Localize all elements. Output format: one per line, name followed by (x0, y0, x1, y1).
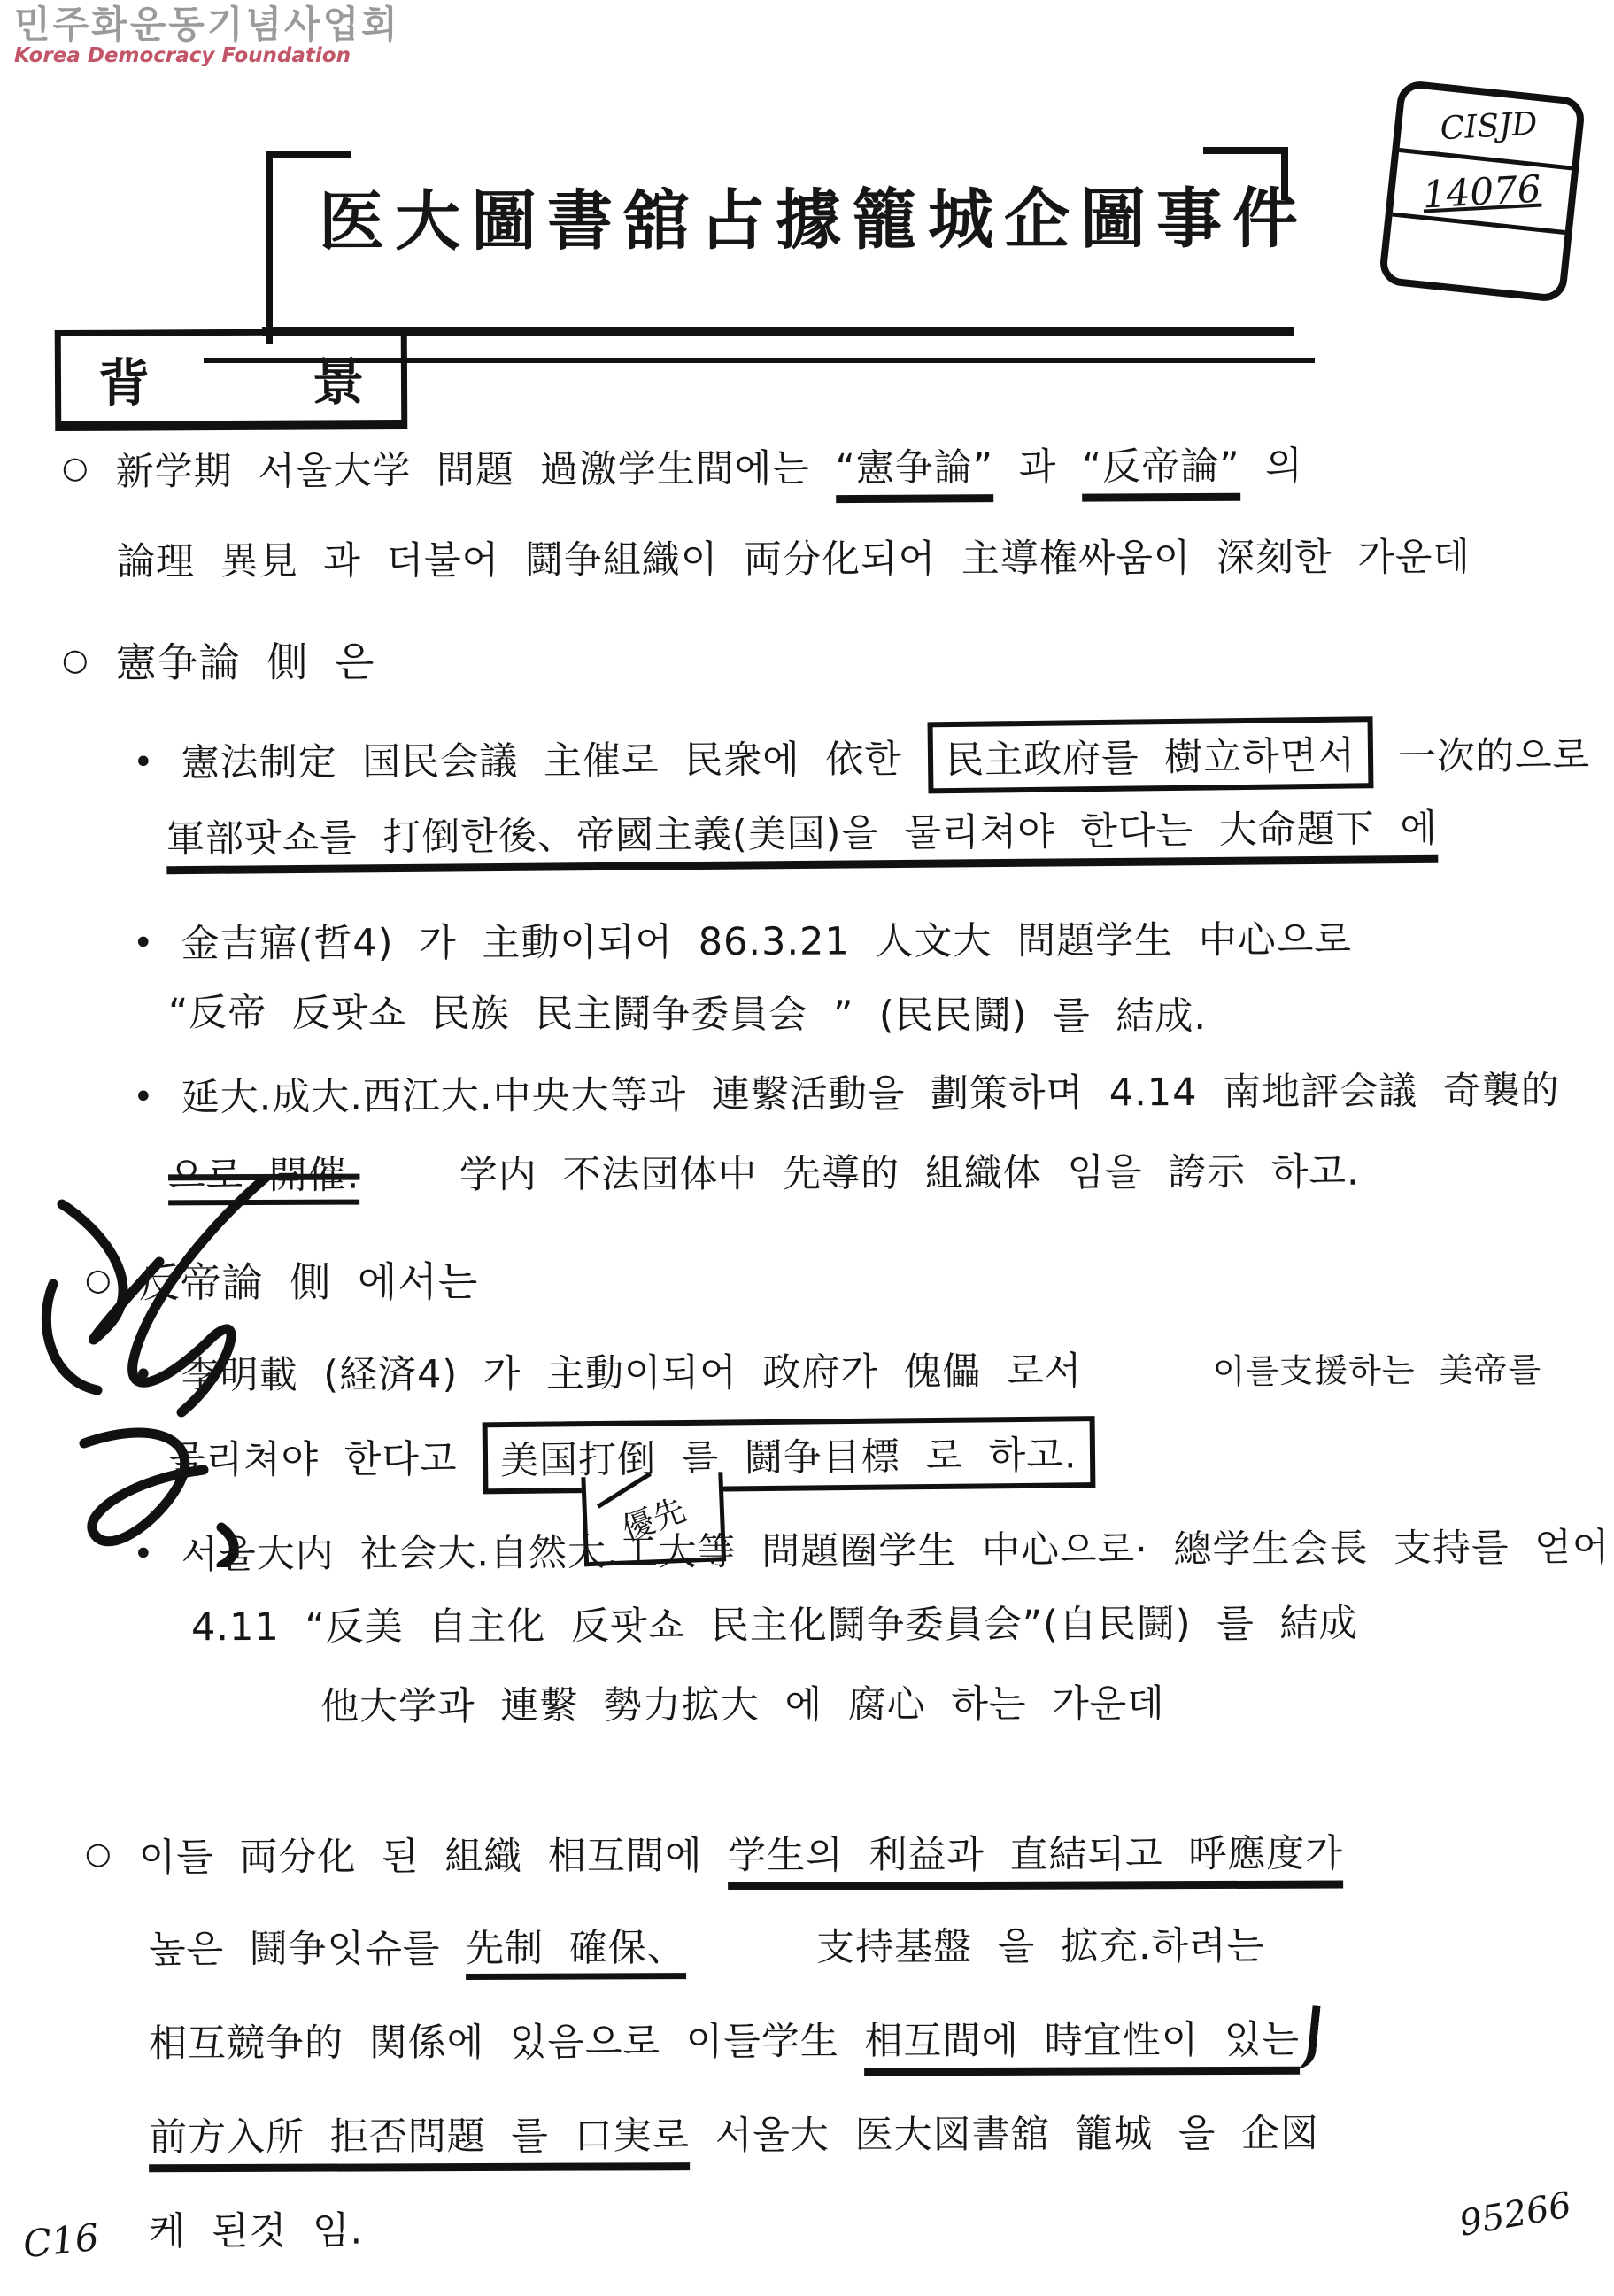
banje-bullet2-line1: •서울大内 社会大.自然大.工大等 問題圈学生 中心으로· 總学生会長 支持를 … (133, 1518, 1610, 1580)
section-header-background: 背 景 (55, 329, 408, 431)
banje-b1-line1a: 李明載 (経済4) 가 主動이되어 政府가 傀儡 로서 (181, 1349, 1082, 1398)
section-header-char-2: 景 (313, 340, 364, 414)
underlined-sentence-gunbu: 軍部팟쇼를 打倒한後、帝國主義(美国)을 물리쳐야 한다는 大命題下 에 (166, 807, 1438, 875)
conclusion-line-2: 높은 鬪争잇슈를 先制 確保、 支持基盤 을 拡充.하려는 (149, 1916, 1264, 1974)
archive-logo: 민주화운동기념사업회 Korea Democracy Foundation (14, 5, 400, 67)
conclusion-l3-pre: 相互競争的 関係에 있음으로 이들学生 (149, 2020, 839, 2067)
section-header-char-1: 背 (98, 341, 150, 415)
scanned-document-page: 민주화운동기념사업회 Korea Democracy Foundation CI… (0, 0, 1614, 2296)
heonjaeng-b3-line1-text: 延大.成大.西江大.中央大等과 連繫活動을 劃策하며 4.14 南地評会議 奇襲… (181, 1069, 1559, 1120)
bullet-marker: • (133, 1355, 155, 1395)
conclusion-l4-post: 서울大 医大図書舘 籠城 을 企図 (715, 2112, 1319, 2158)
logo-english-text: Korea Democracy Foundation (14, 44, 400, 67)
registration-stamp: CISJD 14076 (1378, 80, 1586, 304)
heonjaeng-bullet1-line1: •憲法制定 国民会議 主催로 民衆에 依한 民主政府를 樹立하면서 一次的으로 (133, 717, 1591, 797)
underlined-haksaeng-phrase: 学生의 利益과 直結되고 呼應度가 (728, 1832, 1343, 1890)
heonjaeng-heading-text: 憲争論 側 은 (116, 638, 375, 686)
underlined-term-heonjaengnon: “憲争論” (835, 445, 993, 503)
underlined-sigwiseong-phrase: 相互間에 時宜性이 있는 (864, 2018, 1300, 2076)
boxed-phrase-miguk-tado: 美国打倒 를 鬪争目標 로 하고. (483, 1416, 1095, 1494)
heonjaeng-b3-line2-rest: 学内 不法団体中 先導的 組織体 임을 誇示 하고. (459, 1150, 1360, 1198)
intro-line-2: 論理 異見 과 더불어 鬪争組織이 両分化되어 主導権싸움이 深刻한 가운데 (117, 527, 1471, 585)
bullet-marker: • (133, 1534, 155, 1574)
page-title: 医大圖書舘占據籠城企圖事件 (319, 166, 1309, 264)
intro-line-1: ○新学期 서울大学 問題 過激学生間에는 “憲争論” 과 “反帝論” 의 (62, 436, 1303, 496)
banje-heading-text: 反帝論 側 에서는 (139, 1257, 479, 1306)
conclusion-line-1: ○이들 両分化 된 組織 相互間에 学生의 利益과 直結되고 呼應度가 (85, 1824, 1343, 1882)
bullet-marker: • (133, 742, 155, 783)
heonjaeng-bullet1-line2: 軍部팟쇼를 打倒한後、帝國主義(美国)을 물리쳐야 한다는 大命題下 에 (166, 799, 1438, 864)
logo-korean-text: 민주화운동기념사업회 (14, 5, 400, 44)
heonjaeng-b2-line1-text: 金吉寤(哲4) 가 主動이되어 86.3.21 人文大 問題学生 中心으로 (181, 918, 1352, 967)
circle-marker: ○ (85, 1836, 112, 1871)
banje-bullet1-line2: 물리쳐야 한다고 美国打倒 를 鬪争目標 로 하고. 優先 (168, 1416, 1614, 1493)
intro-line1-post: 의 (1265, 444, 1303, 488)
heonjaeng-b1-pre: 憲法制定 国民会議 主催로 民衆에 依한 (181, 738, 902, 785)
heonjaeng-bullet2-line2: “反帝 反팟쇼 民族 民主鬪争委員会 ” (民民鬪) 를 結成. (168, 983, 1207, 1040)
intro-line1-pre: 新学期 서울大学 問題 過激学生間에는 (116, 446, 810, 494)
banje-bullet1-line1: •李明載 (経済4) 가 主動이되어 政府가 傀儡 로서 이를支援하는 美帝를 (133, 1339, 1542, 1400)
title-underline-thick (262, 327, 1294, 336)
conclusion-l2-post: 支持基盤 을 拡充.하려는 (816, 1924, 1264, 1970)
boxed-phrase-minju-jeongbu: 民主政府를 樹立하면서 (927, 716, 1373, 793)
conclusion-line-4: 前方入所 拒否問題 를 口実로 서울大 医大図書舘 籠城 을 企図 (149, 2104, 1319, 2162)
conclusion-l1-pre: 이들 両分化 된 組織 相互間에 (139, 1834, 703, 1880)
heonjaeng-b1-post: 一次的으로 (1398, 734, 1590, 779)
conclusion-line-5: 케 된것 임. (149, 2201, 363, 2256)
page-code-bottom-right: 95266 (1456, 2184, 1574, 2244)
stamp-number-text: 14076 (1422, 166, 1542, 216)
title-block: 医大圖書舘占據籠城企圖事件 (266, 147, 1288, 282)
conclusion-l2-pre: 높은 鬪争잇슈를 (149, 1927, 441, 1972)
circle-marker: ○ (62, 643, 89, 678)
bullet-marker: • (133, 1077, 155, 1117)
conclusion-line-3: 相互競争的 関係에 있음으로 이들学生 相互間에 時宜性이 있는 (149, 2010, 1300, 2068)
underlined-seonje-hwakbo: 先制 確保、 (466, 1926, 686, 1980)
banje-bullet2-line3: 他大学과 連繫 勢力拡大 에 腐心 하는 가운데 (320, 1674, 1165, 1730)
banje-b1-line2-pre: 물리쳐야 한다고 (168, 1437, 458, 1482)
banje-bullet2-line2: 4.11 “反美 自主化 反팟쇼 民主化鬪争委員会”(自民鬪) 를 結成 (191, 1594, 1358, 1652)
page-code-bottom-left: C16 (21, 2215, 101, 2267)
heonjaeng-heading: ○憲争論 側 은 (62, 630, 375, 689)
intro-line1-conj: 과 (1019, 445, 1057, 490)
underlined-jeonbang-ipso: 前方入所 拒否問題 를 口実로 (149, 2114, 690, 2172)
banje-heading: ○反帝論 側 에서는 (85, 1249, 478, 1310)
banje-b1-line1b: 이를支援하는 美帝를 (1213, 1350, 1542, 1391)
circle-marker: ○ (62, 451, 89, 486)
heonjaeng-bullet3-line1: •延大.成大.西江大.中央大等과 連繫活動을 劃策하며 4.14 南地評会議 奇… (133, 1061, 1560, 1122)
bullet-marker: • (133, 923, 155, 963)
underlined-term-banjeron: “反帝論” (1082, 445, 1240, 502)
circle-marker: ○ (85, 1263, 112, 1298)
stamp-code-text: CISJD (1440, 105, 1539, 147)
banje-b2-line1-text: 서울大内 社会大.自然大.工大等 問題圈学生 中心으로· 總学生会長 支持를 얻… (181, 1526, 1610, 1577)
heonjaeng-bullet2-line1: •金吉寤(哲4) 가 主動이되어 86.3.21 人文大 問題学生 中心으로 (133, 910, 1352, 969)
